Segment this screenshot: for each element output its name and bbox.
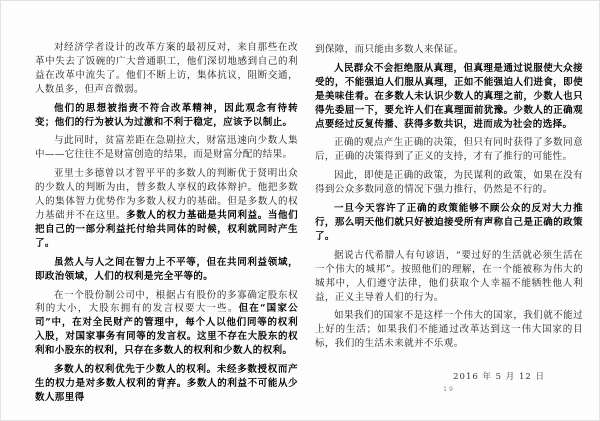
bold-text-run: 他们的思想被指责不符合改革精神，因此观念有待转变；他们的行为被认为过激和不利于稳… xyxy=(35,103,298,128)
bold-text-run: 人民群众不会拒绝服从真理，但真理是通过说服使大众接受的，不能强迫人们服从真理，正… xyxy=(315,63,583,130)
right-page-text: 到保障，而只能由多数人来保证。人民群众不会拒绝服从真理，但真理是通过说服使大众接… xyxy=(315,43,583,356)
paragraph: 与此同时，贫富差距在急剧拉大，财富迅速向少数人集中——它往往不是财富创造的结果，… xyxy=(35,134,298,162)
paragraph: 在一个股份制公司中，根据占有股份的多寡确定股东权利的大小，大股东拥有的发言权要大… xyxy=(35,289,298,359)
paragraph: 虽然人与人之间在智力上不平等，但在共同利益领域，即政治领域，人们的权利是完全平等… xyxy=(35,256,298,284)
document-date: 2016 年 5 月 12 日 xyxy=(315,370,583,382)
paragraph: 到保障，而只能由多数人来保证。 xyxy=(315,43,583,57)
text-run: 据说古代希腊人有句谚语，“要过好的生活就必须生活在一个伟大的城邦”。按照他们的理… xyxy=(315,250,583,303)
paragraph: 人民群众不会拒绝服从真理，但真理是通过说服使大众接受的，不能强迫人们服从真理，正… xyxy=(315,62,583,132)
paragraph: 他们的思想被指责不符合改革精神，因此观念有待转变；他们的行为被认为过激和不利于稳… xyxy=(35,102,298,130)
bold-text-run: 虽然人与人之间在智力上不平等，但在共同利益领域，即政治领域，人们的权利是完全平等… xyxy=(35,257,298,282)
paragraph: 因此，即使是正确的政策，为民谋利的政策，如果在没有得到公众多数同意的情况下强力推… xyxy=(315,169,583,197)
left-page-text: 对经济学者设计的改革方案的最初反对，来自那些在改革中失去了饭碗的广大普通职工，他… xyxy=(35,41,298,410)
text-run: 如果我们的国家不是这样一个伟大的国家，我们就不能过上好的生活；如果我们不能通过改… xyxy=(315,310,583,349)
text-run: 到保障，而只能由多数人来保证。 xyxy=(315,44,464,55)
right-page-number: 19 xyxy=(315,386,583,393)
paragraph: 亚里士多德曾以才智平平的多数人的判断优于贤明出众的少数人的判断为由，替多数人享权… xyxy=(35,167,298,250)
text-run: 与此同时，贫富差距在急剧拉大，财富迅速向少数人集中——它往往不是财富创造的结果，… xyxy=(35,135,298,160)
text-run: 对经济学者设计的改革方案的最初反对，来自那些在改革中失去了饭碗的广大普通职工，他… xyxy=(35,42,298,95)
document-spread: 对经济学者设计的改革方案的最初反对，来自那些在改革中失去了饭碗的广大普通职工，他… xyxy=(0,0,600,421)
paragraph: 据说古代希腊人有句谚语，“要过好的生活就必须生活在一个伟大的城邦”。按照他们的理… xyxy=(315,249,583,305)
paragraph: 对经济学者设计的改革方案的最初反对，来自那些在改革中失去了饭碗的广大普通职工，他… xyxy=(35,41,298,97)
text-run: 正确的观点产生正确的决策，但只有同时获得了多数同意后，正确的决策得到了正义的支持… xyxy=(315,137,583,162)
right-page: 到保障，而只能由多数人来保证。人民群众不会拒绝服从真理，但真理是通过说服使大众接… xyxy=(315,43,583,420)
paragraph: 如果我们的国家不是这样一个伟大的国家，我们就不能过上好的生活；如果我们不能通过改… xyxy=(315,309,583,351)
paragraph: 一旦今天容许了正确的政策能够不顾公众的反对大力推行，那么明天他们就只好被迫接受所… xyxy=(315,202,583,244)
left-page: 对经济学者设计的改革方案的最初反对，来自那些在改革中失去了饭碗的广大普通职工，他… xyxy=(35,41,298,420)
paragraph: 正确的观点产生正确的决策，但只有同时获得了多数同意后，正确的决策得到了正义的支持… xyxy=(315,136,583,164)
left-page-number: 18 xyxy=(35,384,298,391)
text-run: 因此，即使是正确的政策，为民谋利的政策，如果在没有得到公众多数同意的情况下强力推… xyxy=(315,170,583,195)
bold-text-run: 一旦今天容许了正确的政策能够不顾公众的反对大力推行，那么明天他们就只好被迫接受所… xyxy=(315,203,583,242)
